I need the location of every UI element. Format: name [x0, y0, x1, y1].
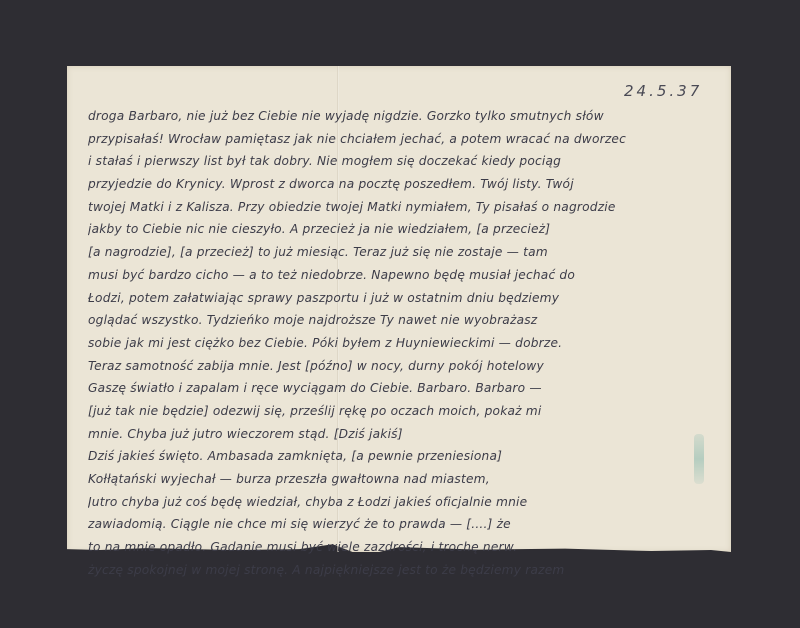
letter-line: Dziś jakieś święto. Ambasada zamknięta, …: [88, 445, 718, 468]
letter-line: jakby to Ciebie nic nie cieszyło. A prze…: [88, 218, 718, 241]
letter-line: musi być bardzo cicho — a to też niedobr…: [88, 264, 718, 287]
letter-date: 24.5.37: [624, 82, 702, 100]
letter-line: przyjedzie do Krynicy. Wprost z dworca n…: [88, 173, 718, 196]
letter-line: mnie. Chyba już jutro wieczorem stąd. [D…: [88, 423, 718, 446]
letter-line: to na mnie opadło. Gadanie musi być wiel…: [88, 536, 718, 559]
letter-line: twojej Matki i z Kalisza. Przy obiedzie …: [88, 196, 718, 219]
letter-line: i stałaś i pierwszy list był tak dobry. …: [88, 150, 718, 173]
letter-line: sobie jak mi jest ciężko bez Ciebie. Pók…: [88, 332, 718, 355]
letter-line: Łodzi, potem załatwiając sprawy paszport…: [88, 287, 718, 310]
letter-body: droga Barbaro, nie już bez Ciebie nie wy…: [88, 105, 718, 581]
letter-line: przypisałaś! Wrocław pamiętasz jak nie c…: [88, 128, 718, 151]
letter-line: [a nagrodzie], [a przecież] to już miesi…: [88, 241, 718, 264]
letter-line: Jutro chyba już coś będę wiedział, chyba…: [88, 491, 718, 514]
letter-line: Gaszę światło i zapalam i ręce wyciągam …: [88, 377, 718, 400]
letter-line: życzę spokojnej w mojej stronę. A najpię…: [88, 559, 718, 582]
letter-line: [już tak nie będzie] odezwij się, prześl…: [88, 400, 718, 423]
letter-line: zawiadomią. Ciągle nie chce mi się wierz…: [88, 513, 718, 536]
letter-line: Kołłątański wyjechał — burza przeszła gw…: [88, 468, 718, 491]
letter-line: Teraz samotność zabija mnie. Jest [późno…: [88, 355, 718, 378]
letter-line: droga Barbaro, nie już bez Ciebie nie wy…: [88, 105, 718, 128]
letter-line: oglądać wszystko. Tydzieńko moje najdroż…: [88, 309, 718, 332]
